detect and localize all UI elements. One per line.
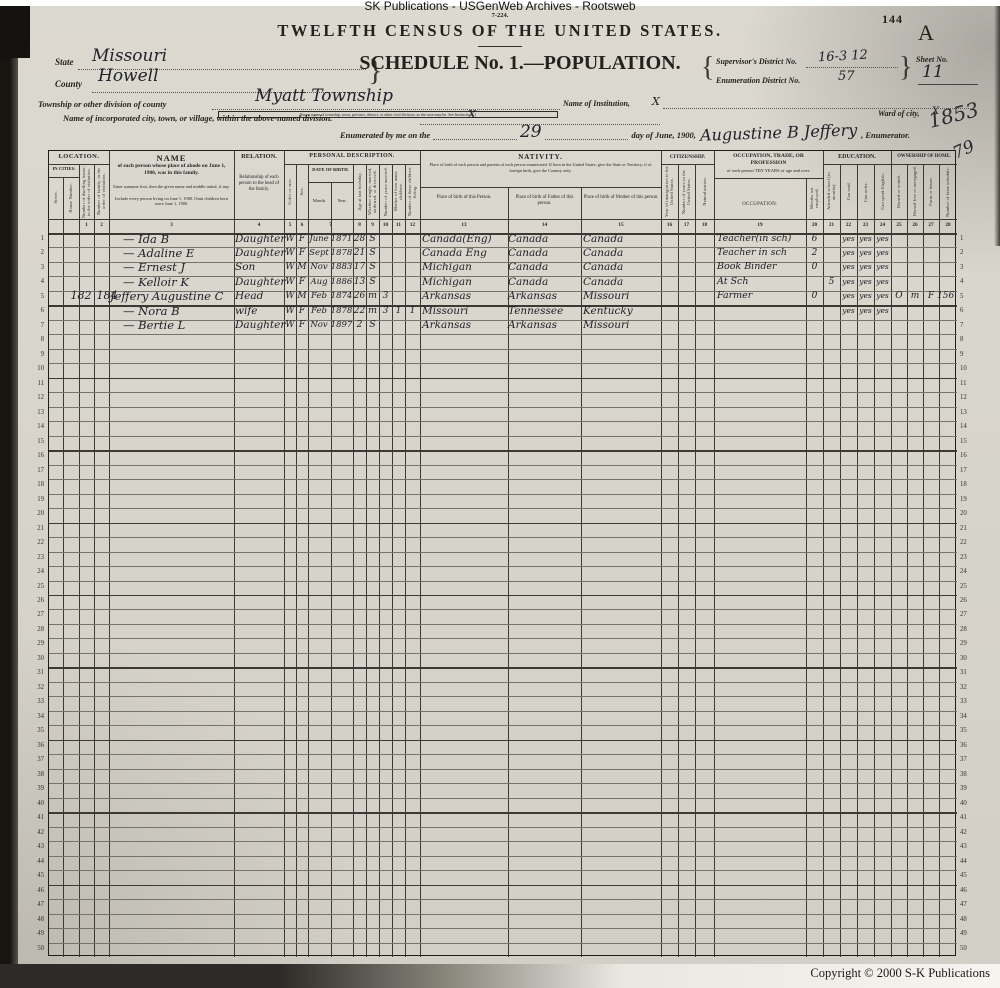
cell-months_unemployed-row2: 2 <box>806 245 823 259</box>
enumeration-value: 57 <box>838 69 855 84</box>
header-nativity-mother: Place of birth of Mother of this person. <box>583 195 659 201</box>
row-number-right: 50 <box>960 945 976 952</box>
grid-vline <box>79 164 80 957</box>
header-name-title: NAME <box>109 153 234 163</box>
row-number-left: 48 <box>30 916 44 923</box>
row-number-right: 35 <box>960 727 976 734</box>
row-number-left: 43 <box>30 843 44 850</box>
population-table: LOCATION. IN CITIES. NAME of each person… <box>48 150 956 956</box>
cell-can_write-row6: yes <box>857 303 874 317</box>
row-number-left: 1 <box>30 235 44 242</box>
row-line <box>49 725 957 726</box>
row-number-left: 40 <box>30 800 44 807</box>
row-line <box>49 479 957 480</box>
row-line <box>49 349 957 350</box>
cell-pob-row7: Arkansas <box>422 317 510 331</box>
row-number-left: 11 <box>30 380 44 387</box>
row-number-left: 9 <box>30 351 44 358</box>
row-number-right: 24 <box>960 568 976 575</box>
cell-months_unemployed-row5: 0 <box>806 288 823 302</box>
cell-speak_english-row3: yes <box>874 259 891 273</box>
row-number-left: 41 <box>30 814 44 821</box>
cell-relation-row1: Daughter <box>235 231 285 245</box>
cell-can_write-row5: yes <box>857 288 874 302</box>
row-number-left: 38 <box>30 771 44 778</box>
row-number-left: 21 <box>30 525 44 532</box>
cell-month-row5: Feb <box>307 288 331 302</box>
grid-vline <box>392 164 393 957</box>
cell-can_read-row2: yes <box>840 245 857 259</box>
cell-month-row7: Nov <box>307 317 331 331</box>
column-number-owned_free: 26 <box>907 222 923 228</box>
cell-speak_english-row2: yes <box>874 245 891 259</box>
row-number-left: 42 <box>30 829 44 836</box>
header-vlabel-text: Owned or rented. <box>896 175 901 208</box>
cell-relation-row2: Daughter <box>235 245 285 259</box>
row-number-left: 5 <box>30 293 44 300</box>
cell-pob_father-row6: Tennessee <box>508 303 581 317</box>
header-vlabel-text: Whether single, married, widowed, or div… <box>367 165 377 218</box>
grid-vline <box>939 164 940 957</box>
cell-marital-row7: S <box>366 317 379 331</box>
header-vlabel-text: Attended school (in months). <box>826 165 836 218</box>
cell-farm_schedule-row5: 156 <box>937 288 957 302</box>
row-number-right: 49 <box>960 930 976 937</box>
row-line <box>49 653 957 654</box>
cell-pob_mother-row6: Kentucky <box>583 303 663 317</box>
cell-relation-row6: wife <box>235 303 285 317</box>
row-number-right: 32 <box>960 684 976 691</box>
row-number-right: 15 <box>960 438 976 445</box>
header-name-note1: Enter surname first, then the given name… <box>113 184 230 189</box>
cell-speak_english-row4: yes <box>874 274 891 288</box>
supervisor-label: Supervisor's District No. <box>716 57 797 66</box>
cell-marital-row3: S <box>366 259 379 273</box>
grid-vline <box>405 164 406 957</box>
header-vlabel-text: Number of these children living. <box>407 165 417 218</box>
cell-pob_father-row7: Arkansas <box>508 317 581 331</box>
enumerator-signature: Augustine B Jeffery <box>696 120 862 145</box>
row-line <box>49 436 957 437</box>
header-occupation-sub: of each person TEN YEARS of age and over… <box>717 168 820 174</box>
column-number-speak_english: 24 <box>874 222 891 228</box>
row-line <box>49 769 957 770</box>
page-number: 144 <box>882 12 903 27</box>
cell-age-row1: 28 <box>353 231 366 245</box>
row-line <box>49 856 957 857</box>
row-line <box>49 885 957 886</box>
row-number-right: 43 <box>960 843 976 850</box>
row-line <box>49 827 957 828</box>
row-number-left: 49 <box>30 930 44 937</box>
row-number-left: 7 <box>30 322 44 329</box>
row-number-left: 19 <box>30 496 44 503</box>
header-vlabel-text: Farm or house. <box>928 177 933 206</box>
cell-name-row1: — Ida B <box>123 231 248 245</box>
header-vlabel-text: Owned free or mortgaged. <box>912 166 917 216</box>
cell-age-row6: 22 <box>353 303 366 317</box>
header-ownership-title: OWNERSHIP OF HOME. <box>891 154 957 159</box>
row-number-left: 45 <box>30 872 44 879</box>
cell-pob-row5: Arkansas <box>422 288 510 302</box>
cell-age-row2: 21 <box>353 245 366 259</box>
header-vlabel-text: Number of years in the United States. <box>681 165 691 218</box>
supervisor-value: 16-3 12 <box>818 48 869 66</box>
row-number-right: 18 <box>960 481 976 488</box>
row-number-left: 33 <box>30 698 44 705</box>
district-brace-left: { <box>701 52 714 84</box>
row-number-right: 11 <box>960 380 976 387</box>
cell-age-row5: 26 <box>353 288 366 302</box>
cell-age-row4: 13 <box>353 274 366 288</box>
cell-can_read-row4: yes <box>840 274 857 288</box>
row-number-right: 34 <box>960 713 976 720</box>
column-number-children_living: 12 <box>405 222 420 228</box>
row-line <box>49 638 957 639</box>
enumerated-day: 29 <box>520 122 542 142</box>
cell-name-row2: — Adaline E <box>123 245 248 259</box>
city-label: Name of incorporated city, town, or vill… <box>63 113 332 123</box>
cell-year-row2: 1878 <box>330 245 353 259</box>
enumerated-suffix: , Enumerator. <box>861 130 910 142</box>
row-line <box>49 609 957 610</box>
cell-pob_mother-row7: Missouri <box>583 317 663 331</box>
cell-color-row1: W <box>284 231 296 245</box>
header-occupation-title: OCCUPATION, TRADE, OR PROFESSION <box>715 153 822 167</box>
cell-relation-row3: Son <box>235 259 285 273</box>
header-vlabel-months_unemployed: Months not employed. <box>806 179 823 218</box>
header-vlabel-yrs_married: Number of years married. <box>379 165 392 218</box>
header-vlabel-text: Months not employed. <box>809 179 819 218</box>
row-number-left: 4 <box>30 278 44 285</box>
cell-name-row7: — Bertie L <box>123 317 248 331</box>
row-number-left: 17 <box>30 467 44 474</box>
row-number-right: 26 <box>960 597 976 604</box>
cell-relation-row4: Daughter <box>235 274 285 288</box>
cell-pob_mother-row5: Missouri <box>583 288 663 302</box>
row-number-left: 34 <box>30 713 44 720</box>
cell-name-row3: — Ernest J <box>123 259 248 273</box>
cell-pob_mother-row4: Canada <box>583 274 663 288</box>
cell-pob_father-row2: Canada <box>508 245 581 259</box>
row-number-right: 8 <box>960 336 976 343</box>
enumeration-label: Enumeration District No. <box>716 76 800 85</box>
header-vlabel-text: Street. <box>53 191 58 204</box>
header-vlabel-children_living: Number of these children living. <box>405 165 420 218</box>
header-relation-sub: Relationship of each person to the head … <box>236 175 282 193</box>
row-line <box>49 450 957 451</box>
cell-owned_rented-row5: O <box>891 288 907 302</box>
column-number-imm_year: 16 <box>661 222 678 228</box>
column-number-sex: 6 <box>296 222 308 228</box>
row-number-right: 4 <box>960 278 976 285</box>
row-line <box>49 667 957 668</box>
column-number-naturalization: 18 <box>695 222 714 228</box>
header-nativity-father: Place of birth of Father of this person. <box>510 195 579 207</box>
row-number-left: 23 <box>30 554 44 561</box>
cell-relation-row5: Head <box>235 288 285 302</box>
cell-year-row5: 1874 <box>330 288 353 302</box>
grid-hline <box>420 187 661 188</box>
header-nativity-person: Place of birth of this Person. <box>423 195 505 201</box>
column-number-marital: 9 <box>366 222 379 228</box>
cell-school_months-row4: 5 <box>823 274 840 288</box>
column-number-family: 2 <box>94 222 109 228</box>
grid-hline <box>308 182 353 183</box>
header-vlabel-text: Sex. <box>299 187 304 195</box>
row-number-left: 22 <box>30 539 44 546</box>
column-number-dwelling: 1 <box>79 222 94 228</box>
row-number-right: 7 <box>960 322 976 329</box>
row-number-left: 2 <box>30 249 44 256</box>
cell-can_read-row3: yes <box>840 259 857 273</box>
column-number-pob_father: 14 <box>508 222 581 228</box>
header-location-title: LOCATION. <box>49 153 109 160</box>
grid-hline <box>49 219 957 220</box>
row-number-right: 36 <box>960 742 976 749</box>
column-number-yrs_us: 17 <box>678 222 695 228</box>
cell-pob_father-row3: Canada <box>508 259 581 273</box>
row-number-right: 3 <box>960 264 976 271</box>
column-number-name: 3 <box>109 222 234 228</box>
row-line <box>49 682 957 683</box>
row-line <box>49 711 957 712</box>
row-number-right: 14 <box>960 423 976 430</box>
enumerated-rule-2 <box>545 139 629 140</box>
cell-month-row3: Nov <box>307 259 331 273</box>
header-vlabel-text: Age at last birthday. <box>357 172 362 211</box>
grid-vline <box>891 151 892 957</box>
column-number-farm_house: 27 <box>923 222 939 228</box>
township-label: Township or other division of county <box>38 99 166 109</box>
row-line <box>49 740 957 741</box>
row-number-left: 28 <box>30 626 44 633</box>
cell-can_write-row2: yes <box>857 245 874 259</box>
row-line <box>49 392 957 393</box>
row-number-left: 47 <box>30 901 44 908</box>
cell-age-row7: 2 <box>353 317 366 331</box>
row-line <box>49 754 957 755</box>
grid-vline <box>379 164 380 957</box>
institution-value: X <box>652 95 660 108</box>
row-number-right: 16 <box>960 452 976 459</box>
header-relation-title: RELATION. <box>234 153 284 160</box>
row-number-right: 31 <box>960 669 976 676</box>
header-vlabel-text: Number of dwelling house, in the order o… <box>81 165 91 218</box>
row-line <box>49 870 957 871</box>
cell-dwelling-row5: 182 <box>67 288 95 302</box>
header-name-sub: of each person whose place of abode on J… <box>113 163 230 177</box>
row-line <box>49 334 957 335</box>
header-vlabel-text: Number of farm schedule. <box>945 167 950 217</box>
column-number-color: 5 <box>284 222 296 228</box>
header-vlabel-farm_house: Farm or house. <box>923 165 939 218</box>
cell-children_living-row6: 1 <box>405 303 420 317</box>
grid-vline <box>94 164 95 957</box>
row-number-left: 16 <box>30 452 44 459</box>
row-number-left: 14 <box>30 423 44 430</box>
cell-month-row6: Feb <box>307 303 331 317</box>
title-divider <box>478 46 522 47</box>
header-vlabel-mother_children: Mother of how many children. <box>392 165 405 218</box>
cell-year-row3: 1883 <box>330 259 353 273</box>
column-number-pob_mother: 15 <box>581 222 661 228</box>
cell-mother_children-row6: 1 <box>392 303 405 317</box>
header-vlabel-owned_rented: Owned or rented. <box>891 165 907 218</box>
header-vlabel-text: Can speak English. <box>880 173 885 210</box>
header-vlabel-text: Naturalization. <box>702 177 707 206</box>
row-line <box>49 581 957 582</box>
row-number-left: 32 <box>30 684 44 691</box>
row-number-left: 35 <box>30 727 44 734</box>
row-number-right: 6 <box>960 307 976 314</box>
cell-pob-row1: Canada(Eng) <box>422 231 510 245</box>
header-vlabel-text: Year of immigration to the United States… <box>664 165 674 218</box>
header-name-note2: Include every person living on June 1, 1… <box>113 196 230 207</box>
row-number-left: 15 <box>30 438 44 445</box>
grid-vline <box>907 164 908 957</box>
census-scan: SK Publications - USGenWeb Archives - Ro… <box>0 0 1000 988</box>
column-number-pob: 13 <box>420 222 508 228</box>
header-dob-month: Month. <box>308 198 331 203</box>
cell-owned_free-row5: m <box>907 288 923 302</box>
header-personal-title: PERSONAL DESCRIPTION. <box>284 153 420 159</box>
supervisor-rule <box>806 67 898 68</box>
row-number-right: 17 <box>960 467 976 474</box>
column-number-age: 8 <box>353 222 366 228</box>
row-line <box>49 465 957 466</box>
row-line <box>49 537 957 538</box>
row-number-right: 13 <box>960 409 976 416</box>
column-number-farm_schedule: 28 <box>939 222 957 228</box>
cell-occupation-row1: Teacher(in sch) <box>717 231 809 245</box>
row-number-right: 42 <box>960 829 976 836</box>
header-nativity-note: Place of birth of each person and parent… <box>427 162 654 173</box>
row-line <box>49 943 957 944</box>
row-number-right: 40 <box>960 800 976 807</box>
header-vlabel-text: Can read. <box>846 182 851 200</box>
header-vlabel-marital: Whether single, married, widowed, or div… <box>366 165 379 218</box>
row-number-left: 18 <box>30 481 44 488</box>
institution-label: Name of Institution, <box>563 99 630 108</box>
row-line <box>49 566 957 567</box>
row-number-right: 9 <box>960 351 976 358</box>
row-number-right: 12 <box>960 394 976 401</box>
header-vlabel-street: Street. <box>49 177 63 218</box>
row-number-right: 28 <box>960 626 976 633</box>
schedule-title: SCHEDULE No. 1.—POPULATION. <box>330 52 710 75</box>
header-vlabel-school: Attended school (in months). <box>823 165 840 218</box>
row-line <box>49 928 957 929</box>
cell-marital-row4: S <box>366 274 379 288</box>
header-vlabel-speak: Can speak English. <box>874 165 891 218</box>
row-number-right: 21 <box>960 525 976 532</box>
state-label: State <box>55 57 74 67</box>
row-number-left: 10 <box>30 365 44 372</box>
header-vlabel-text: House Number. <box>68 183 73 213</box>
cell-pob_father-row1: Canada <box>508 231 581 245</box>
row-number-right: 47 <box>960 901 976 908</box>
census-title: TWELFTH CENSUS OF THE UNITED STATES. <box>0 21 1000 41</box>
header-vlabel-yrs_us: Number of years in the United States. <box>678 165 695 218</box>
enumerated-mid: day of June, 1900, <box>631 130 695 142</box>
cell-name-row4: — Kelloir K <box>123 274 248 288</box>
row-number-right: 37 <box>960 756 976 763</box>
scan-right-edge <box>994 6 1000 246</box>
header-nativity-title: NATIVITY. <box>420 153 661 161</box>
row-line <box>49 363 957 364</box>
sheet-value: 11 <box>922 62 944 82</box>
row-number-right: 45 <box>960 872 976 879</box>
cell-color-row6: W <box>284 303 296 317</box>
row-number-left: 25 <box>30 583 44 590</box>
cell-pob-row6: Missouri <box>422 303 510 317</box>
enumerated-prefix: Enumerated by me on the <box>340 130 430 142</box>
header-vlabel-text: Number of years married. <box>383 167 388 216</box>
row-number-left: 24 <box>30 568 44 575</box>
cell-occupation-row3: Book Binder <box>717 259 809 273</box>
column-number-owned_rented: 25 <box>891 222 907 228</box>
cell-pob_mother-row2: Canada <box>583 245 663 259</box>
sheet-rule <box>918 84 978 85</box>
row-number-right: 44 <box>960 858 976 865</box>
state-value: Missouri <box>92 46 167 66</box>
cell-yrs_married-row6: 3 <box>379 303 392 317</box>
cell-name-row6: — Nora B <box>123 303 248 317</box>
cell-relation-row7: Daughter <box>235 317 285 331</box>
row-line <box>49 899 957 900</box>
header-vlabel-read: Can read. <box>840 165 857 218</box>
header-vlabel-house_number: House Number. <box>63 177 79 218</box>
row-number-left: 12 <box>30 394 44 401</box>
cell-pob_mother-row1: Canada <box>583 231 663 245</box>
row-line <box>49 624 957 625</box>
row-number-right: 20 <box>960 510 976 517</box>
header-occupation-label: OCCUPATION. <box>714 202 806 207</box>
cell-color-row7: W <box>284 317 296 331</box>
row-number-right: 27 <box>960 611 976 618</box>
row-number-right: 23 <box>960 554 976 561</box>
row-number-right: 46 <box>960 887 976 894</box>
township-rule <box>212 109 560 110</box>
row-line <box>49 798 957 799</box>
row-number-left: 39 <box>30 785 44 792</box>
row-line <box>49 421 957 422</box>
form-number: 7-224. <box>0 12 1000 19</box>
cell-marital-row6: m <box>366 303 379 317</box>
row-number-right: 5 <box>960 293 976 300</box>
cell-color-row3: W <box>284 259 296 273</box>
row-number-left: 46 <box>30 887 44 894</box>
cell-pob-row4: Michigan <box>422 274 510 288</box>
row-number-left: 3 <box>30 264 44 271</box>
cell-month-row4: Aug <box>307 274 331 288</box>
column-number-mother_children: 11 <box>392 222 405 228</box>
header-citizenship-title: CITIZENSHIP. <box>661 154 714 160</box>
row-number-right: 48 <box>960 916 976 923</box>
cell-pob-row2: Canada Eng <box>422 245 510 259</box>
column-number-yrs_married: 10 <box>379 222 392 228</box>
header-vlabel-owned_free: Owned free or mortgaged. <box>907 165 923 218</box>
row-number-right: 1 <box>960 235 976 242</box>
grid-vline <box>823 151 824 957</box>
row-number-left: 44 <box>30 858 44 865</box>
row-number-left: 36 <box>30 742 44 749</box>
row-number-left: 6 <box>30 307 44 314</box>
cell-month-row1: June <box>307 231 331 245</box>
grid-vline <box>695 164 696 957</box>
cell-year-row4: 1886 <box>330 274 353 288</box>
